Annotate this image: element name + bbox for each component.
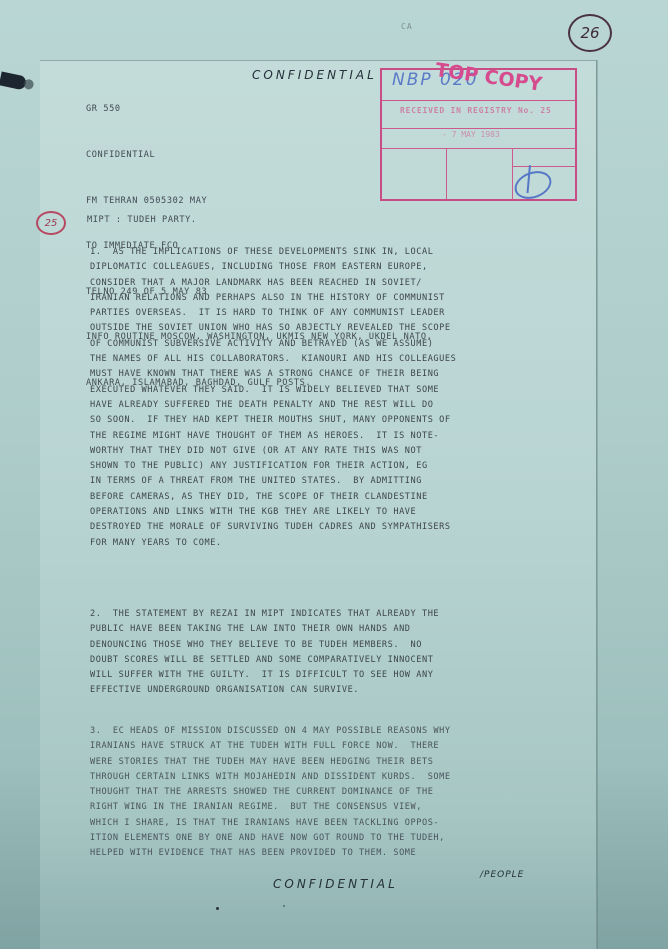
paragraph-line: CONSIDER THAT A MAJOR LANDMARK HAS BEEN …	[90, 276, 456, 291]
paragraph-line: PARTIES OVERSEAS. IT IS HARD TO THINK OF…	[90, 306, 456, 321]
stamp-divider	[446, 148, 447, 199]
paragraph-line: WILL SUFFER WITH THE GUILTY. IT IS DIFFI…	[90, 668, 439, 683]
paragraph-3: 3. EC HEADS OF MISSION DISCUSSED ON 4 MA…	[90, 724, 451, 862]
ink-speck	[283, 905, 285, 907]
paragraph-line: FOR MANY YEARS TO COME.	[90, 536, 456, 551]
paragraph-line: THOUGHT THAT THE ARRESTS SHOWED THE CURR…	[90, 785, 451, 800]
subject-line: MIPT : TUDEH PARTY.	[87, 215, 197, 225]
paragraph-line: DENOUNCING THOSE WHO THEY BELIEVE TO BE …	[90, 638, 439, 653]
paragraph-line: BEFORE CAMERAS, AS THEY DID, THE SCOPE O…	[90, 490, 456, 505]
stamp-divider	[382, 100, 575, 101]
paragraph-line: RIGHT WING IN THE IRANIAN REGIME. BUT TH…	[90, 800, 451, 815]
folio-number-circle: 26	[568, 14, 612, 52]
paragraph-line: 3. EC HEADS OF MISSION DISCUSSED ON 4 MA…	[90, 724, 451, 739]
paragraph-line: 2. THE STATEMENT BY REZAI IN MIPT INDICA…	[90, 607, 439, 622]
paragraph-line: WERE STORIES THAT THE TUDEH MAY HAVE BEE…	[90, 755, 451, 770]
paragraph-line: HAVE ALREADY SUFFERED THE DEATH PENALTY …	[90, 398, 456, 413]
paragraph-line: OUTSIDE THE SOVIET UNION WHO HAS SO ABJE…	[90, 321, 456, 336]
top-margin-mark: CA	[401, 22, 413, 31]
stamp-divider	[512, 148, 513, 199]
handwritten-classification-top: CONFIDENTIAL	[252, 68, 377, 82]
stamp-divider	[382, 148, 575, 149]
folio-number: 26	[580, 24, 599, 42]
paragraph-line: PUBLIC HAVE BEEN TAKING THE LAW INTO THE…	[90, 622, 439, 637]
paragraph-line: DIPLOMATIC COLLEAGUES, INCLUDING THOSE F…	[90, 260, 456, 275]
paragraph-line: MUST HAVE KNOWN THAT THERE WAS A STRONG …	[90, 367, 456, 382]
paragraph-line: OF COMMUNIST SUBVERSIVE ACTIVITY AND BET…	[90, 337, 456, 352]
stamp-divider	[382, 128, 575, 129]
continuation-reference: /PEOPLE	[480, 870, 524, 880]
paragraph-line: SO SOON. IF THEY HAD KEPT THEIR MOUTHS S…	[90, 413, 456, 428]
paragraph-line: THE NAMES OF ALL HIS COLLABORATORS. KIAN…	[90, 352, 456, 367]
stamp-divider	[512, 166, 575, 167]
paragraph-2: 2. THE STATEMENT BY REZAI IN MIPT INDICA…	[90, 607, 439, 699]
paragraph-line: DOUBT SCORES WILL BE SETTLED AND SOME CO…	[90, 653, 439, 668]
paragraph-line: THE REGIME MIGHT HAVE THOUGHT OF THEM AS…	[90, 429, 456, 444]
paragraph-line: OPERATIONS AND LINKS WITH THE KGB THEY A…	[90, 505, 456, 520]
paragraph-line: ITION ELEMENTS ONE BY ONE AND HAVE NOW G…	[90, 831, 451, 846]
paragraph-line: IRANIANS HAVE STRUCK AT THE TUDEH WITH F…	[90, 739, 451, 754]
stamp-registry-text: RECEIVED IN REGISTRY No. 25	[400, 106, 552, 115]
section-number-circle: 25	[36, 211, 66, 235]
paragraph-line: THROUGH CERTAIN LINKS WITH MOJAHEDIN AND…	[90, 770, 451, 785]
paragraph-line: EFFECTIVE UNDERGROUND ORGANISATION CAN S…	[90, 683, 439, 698]
paragraph-line: HELPED WITH EVIDENCE THAT HAS BEEN PROVI…	[90, 846, 451, 861]
stamp-date-text: - 7 MAY 1983	[442, 130, 500, 139]
paragraph-line: SHOWN TO THE PUBLIC) ANY JUSTIFICATION F…	[90, 459, 456, 474]
handwritten-classification-bottom: CONFIDENTIAL	[273, 877, 398, 891]
paragraph-line: IRANIAN RELATIONS AND PERHAPS ALSO IN TH…	[90, 291, 456, 306]
paragraph-line: WORTHY THAT THEY DID NOT GIVE (OR AT ANY…	[90, 444, 456, 459]
paragraph-line: IN TERMS OF A THREAT FROM THE UNITED STA…	[90, 474, 456, 489]
paragraph-line: DESTROYED THE MORALE OF SURVIVING TUDEH …	[90, 520, 456, 535]
paragraph-line: WHICH I SHARE, IS THAT THE IRANIANS HAVE…	[90, 816, 451, 831]
paragraph-1: 1. AS THE IMPLICATIONS OF THESE DEVELOPM…	[90, 245, 456, 551]
paragraph-line: EXECUTED WHATEVER THEY SAID. IT IS WIDEL…	[90, 383, 456, 398]
paragraph-line: 1. AS THE IMPLICATIONS OF THESE DEVELOPM…	[90, 245, 456, 260]
ink-speck	[216, 907, 219, 910]
section-number: 25	[45, 218, 58, 229]
